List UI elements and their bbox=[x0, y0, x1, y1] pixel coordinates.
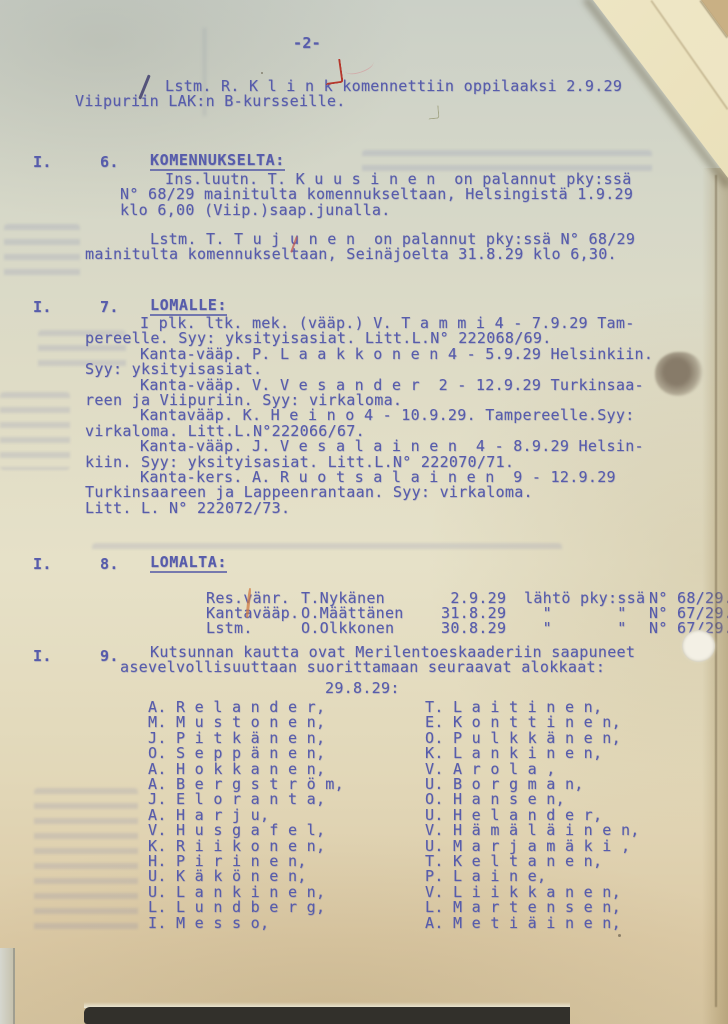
scanned-document: -2- Lstm. R. K l i n k komennettiin oppi… bbox=[0, 0, 728, 1024]
section-7-roman: I. bbox=[33, 300, 52, 315]
section-6-paragraph-2: Lstm. T. T u j u n e n on palannut pky:s… bbox=[85, 232, 635, 263]
background-surface bbox=[84, 1007, 570, 1024]
bleedthrough-smudge bbox=[4, 224, 80, 280]
rank-cell: Lstm. bbox=[206, 621, 301, 636]
section-9-intro: Kutsunnan kautta ovat Merilentoeskaaderi… bbox=[120, 645, 635, 676]
red-checkmark bbox=[322, 59, 343, 85]
page-number: -2- bbox=[293, 36, 321, 51]
section-6-paragraph-1: Ins.luutn. T. K u u s i n e n on palannu… bbox=[120, 172, 633, 218]
via-cell: " " bbox=[524, 621, 649, 636]
text-line: mainitulta komennukseltaan, Seinäjoelta … bbox=[85, 247, 635, 262]
punch-hole bbox=[682, 630, 715, 662]
section-7-number: 7. bbox=[100, 300, 119, 315]
recruit-names-right-column: T. L a i t i n e n,E. K o n t t i n e n,… bbox=[425, 700, 640, 931]
section-6-roman: I. bbox=[33, 155, 52, 170]
section-9-number: 9. bbox=[100, 649, 119, 664]
section-6-number: 6. bbox=[100, 155, 119, 170]
recruit-names-left-column: A. R e l a n d e r,M. M u s t o n e n,J.… bbox=[148, 700, 344, 931]
text-line: Litt. L. N° 222072/73. bbox=[85, 501, 653, 516]
bleedthrough-smudge bbox=[0, 392, 70, 470]
text-line: klo 6,00 (Viip.)saap.junalla. bbox=[120, 203, 633, 218]
section-7-body: I plk. ltk. mek. (vääp.) V. T a m m i 4 … bbox=[85, 316, 653, 516]
date-cell: 30.8.29 bbox=[441, 621, 524, 636]
recruit-name: I. M e s s o, bbox=[148, 916, 344, 931]
paper-speck bbox=[261, 72, 263, 74]
section-8-heading: LOMALTA: bbox=[150, 555, 227, 573]
page-left-edge bbox=[0, 948, 15, 1024]
section-8-roman: I. bbox=[33, 557, 52, 572]
text-line: Viipuriin LAK:n B-kursseille. bbox=[75, 94, 622, 109]
text-line: asevelvollisuuttaan suorittamaan seuraav… bbox=[120, 660, 635, 675]
section-8-number: 8. bbox=[100, 557, 119, 572]
section-6-heading: KOMENNUKSELTA: bbox=[150, 153, 285, 171]
section-9-date: 29.8.29: bbox=[325, 681, 400, 696]
bleedthrough-smudge bbox=[34, 788, 138, 938]
page-right-edge-line bbox=[715, 175, 717, 1007]
name-cell: O.Olkkonen bbox=[301, 621, 441, 636]
leave-return-row: Res.vänr.T.Nykänen 2.9.29lähtö pky:ssäN°… bbox=[150, 576, 728, 591]
paper-speck bbox=[618, 934, 621, 937]
section-9-roman: I. bbox=[33, 649, 52, 664]
faint-checkmark bbox=[427, 106, 439, 120]
recruit-name: A. M e t i ä i n e n, bbox=[425, 916, 640, 931]
intro-paragraph: Lstm. R. K l i n k komennettiin oppilaak… bbox=[75, 79, 622, 110]
section-8-table: Res.vänr.T.Nykänen 2.9.29lähtö pky:ssäN°… bbox=[150, 576, 728, 620]
